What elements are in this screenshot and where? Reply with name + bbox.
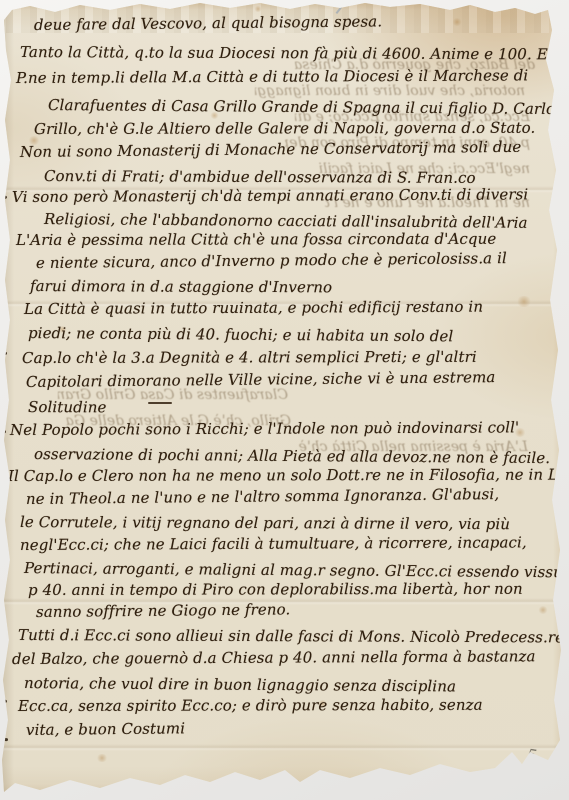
manuscript-line: Capitolari dimorano nelle Ville vicine, … [26,368,496,392]
manuscript-line: Pertinaci, arroganti, e maligni al mag.r… [24,559,569,582]
manuscript-line: Vi sono però Monasterij ch'dà tempi anna… [12,185,528,206]
manuscript-line: notoria, che vuol dire in buon lignaggio… [24,674,456,696]
scanned-document-photo: del Balzo, che gouernò d.a Chiesa p 40. … [0,0,569,800]
manuscript-line: le Corrutele, i vitij regnano del pari, … [20,513,510,534]
manuscript-line: osservazione di pochi anni; Alla Pietà e… [34,445,550,468]
manuscript-line: deue fare dal Vescovo, al qual bisogna s… [34,12,382,34]
manuscript-line: L'Aria è pessima nella Città ch'è una fo… [16,230,496,250]
manuscript-line: Conv.ti di Frati; d'ambidue dell'osserva… [44,167,476,188]
manuscript-line: p 40. anni in tempo di Piro con deplorab… [28,580,523,600]
manuscript-line: negl'Ecc.ci; che ne Laici facili à tumul… [20,533,527,554]
manuscript-line: Clarafuentes di Casa Grillo Grande di Sp… [48,96,555,119]
page-number: 5 [526,745,538,764]
manuscript-line: Non ui sono Monasterij di Monache ne Con… [20,138,521,162]
manuscript-line: Il Cap.lo e Clero non ha ne meno un solo… [8,465,569,485]
manuscript-line: piedi; ne conta più di 40. fuochi; e ui … [28,324,453,346]
manuscript-line: sanno soffrire ne Giogo ne freno. [36,600,290,621]
manuscript-line: vita, e buon Costumi [26,719,185,739]
manuscript-line: Cap.lo ch'è la 3.a Degnità e 4. altri se… [22,348,477,368]
manuscript-line: Ecc.ca, senza spirito Ecc.co; e dirò pur… [18,696,483,716]
manuscript-text: deue fare dal Vescovo, al qual bisogna s… [0,0,569,800]
manuscript-line: e niente sicura, anco d'Inverno p modo c… [36,249,507,273]
manuscript-line: del Balzo, che gouernò d.a Chiesa p 40. … [12,647,536,668]
manuscript-line: ne in Theol.a ne l'uno e ne l'altro somm… [26,485,499,509]
manuscript-line: Solitudine [28,398,107,417]
manuscript-line: farui dimora in d.a staggione d'Inverno [30,277,332,297]
manuscript-line: Tanto la Città, q.to la sua Diocesi non … [20,43,569,64]
manuscript-line: P.ne in temp.li della M.a Città e di tut… [16,66,528,87]
manuscript-line: La Città è quasi in tutto ruuinata, e po… [24,298,483,319]
margin-ink-mark [1,545,8,549]
manuscript-page: del Balzo, che gouernò d.a Chiesa p 40. … [0,0,569,800]
manuscript-line: Tutti d.i Ecc.ci sono allieui sin dalle … [18,626,564,647]
margin-ink-mark [0,316,8,320]
margin-ink-mark [0,575,6,579]
manuscript-line: Nel Popolo pochi sono i Ricchi; e l'Indo… [10,418,519,439]
manuscript-line: Grillo, ch'è G.le Altiero delle Galere d… [34,119,535,139]
